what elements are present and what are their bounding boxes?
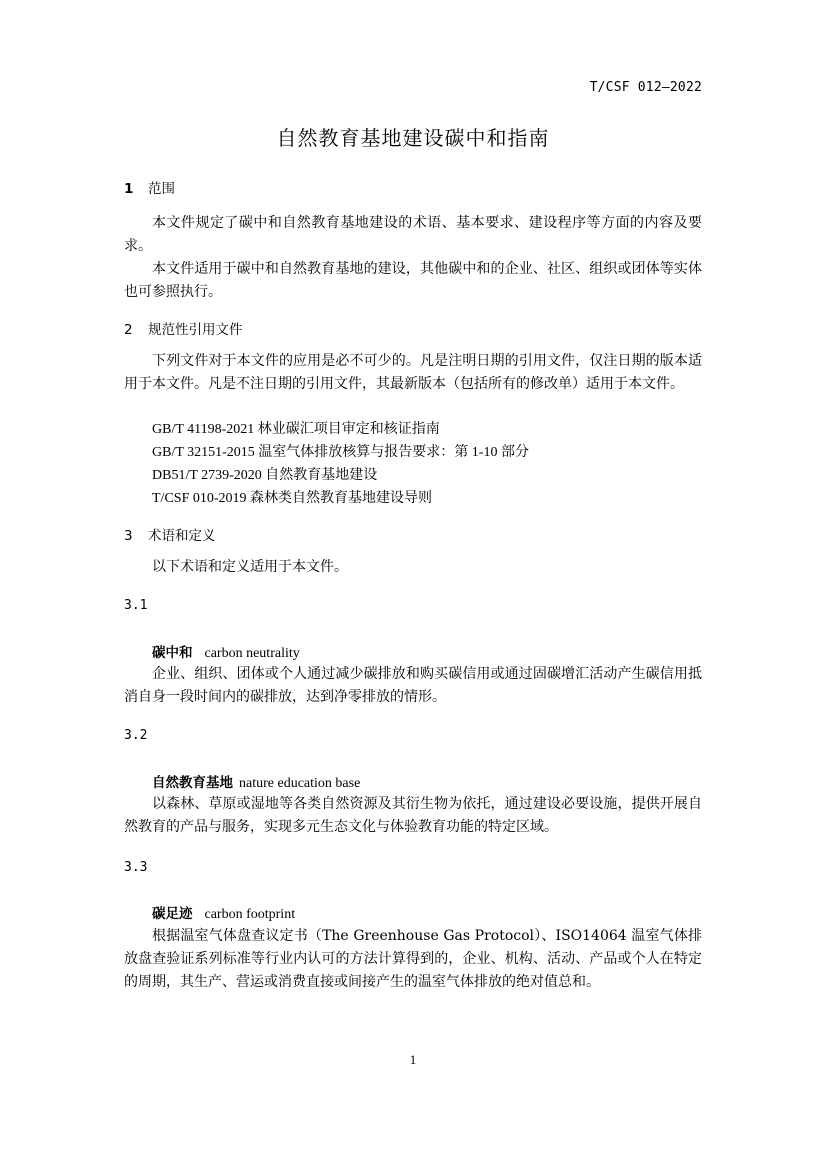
paragraph: 本文件适用于碳中和自然教育基地的建设，其他碳中和的企业、社区、组织或团体等实体也… (124, 258, 702, 304)
reference-item: T/CSF 010-2019 森林类自然教育基地建设导则 (152, 487, 432, 510)
section-heading-1: 1范围 (124, 177, 175, 197)
term-number: 3.2 (124, 728, 147, 743)
reference-item: DB51/T 2739-2020 自然教育基地建设 (152, 464, 377, 487)
term-zh: 碳足迹 (152, 906, 193, 922)
section-heading-2: 2规范性引用文件 (124, 318, 243, 338)
paragraph: 本文件规定了碳中和自然教育基地建设的术语、基本要求、建设程序等方面的内容及要求。 (124, 212, 702, 258)
document-title: 自然教育基地建设碳中和指南 (0, 122, 826, 151)
term-en: carbon neutrality (205, 646, 300, 661)
term-number: 3.3 (124, 860, 147, 875)
section-title: 范围 (148, 181, 175, 197)
term-number: 3.1 (124, 598, 147, 613)
paragraph: 以下术语和定义适用于本文件。 (124, 556, 702, 579)
reference-item: GB/T 41198-2021 林业碳汇项目审定和核证指南 (152, 418, 440, 441)
term-heading: 自然教育基地nature education base (152, 771, 360, 792)
section-title: 术语和定义 (148, 528, 216, 544)
section-title: 规范性引用文件 (148, 322, 243, 338)
section-number: 2 (124, 322, 148, 338)
document-page: T/CSF 012—2022 自然教育基地建设碳中和指南 1范围 本文件规定了碳… (0, 0, 826, 1169)
term-definition: 根据温室气体盘查议定书（The Greenhouse Gas Protocol）… (124, 925, 702, 994)
term-en: carbon footprint (205, 907, 296, 922)
paragraph: 下列文件对于本文件的应用是必不可少的。凡是注明日期的引用文件，仅注日期的版本适用… (124, 350, 702, 396)
term-en: nature education base (239, 776, 360, 791)
term-definition: 企业、组织、团体或个人通过减少碳排放和购买碳信用或通过固碳增汇活动产生碳信用抵消… (124, 663, 702, 709)
term-zh: 自然教育基地 (152, 775, 233, 791)
section-number: 1 (124, 181, 148, 197)
term-heading: 碳足迹carbon footprint (152, 902, 295, 923)
term-definition: 以森林、草原或湿地等各类自然资源及其衍生物为依托，通过建设必要设施，提供开展自然… (124, 793, 702, 839)
section-number: 3 (124, 528, 148, 544)
standard-code: T/CSF 012—2022 (590, 80, 702, 95)
term-zh: 碳中和 (152, 645, 193, 661)
section-heading-3: 3术语和定义 (124, 524, 216, 544)
reference-item: GB/T 32151-2015 温室气体排放核算与报告要求：第 1-10 部分 (152, 441, 529, 464)
page-number: 1 (0, 1052, 826, 1068)
term-heading: 碳中和carbon neutrality (152, 641, 300, 662)
